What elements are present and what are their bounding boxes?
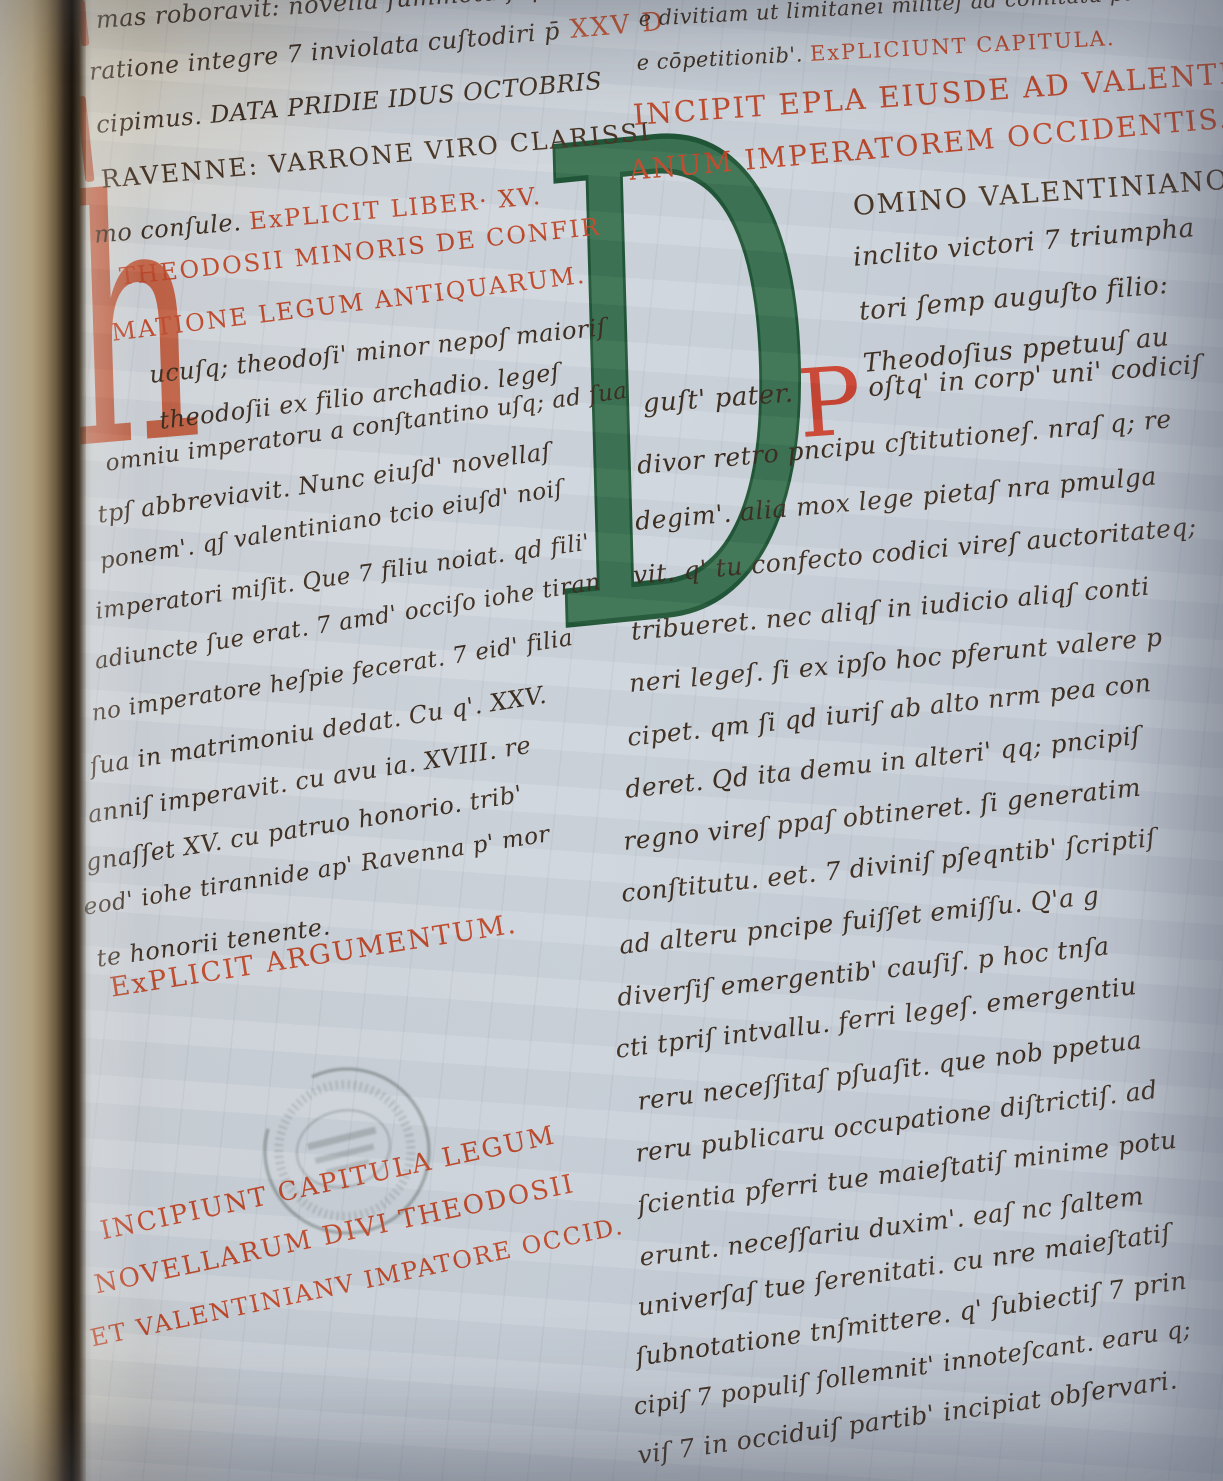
- text-run-ink: tori ſemp auguſto filio:: [858, 270, 1170, 327]
- manuscript-page: h D mas roboravit: novella ſummota ſup X…: [0, 0, 1223, 1481]
- text-run-rubL: ExPLICIUNT CAPITULA.: [809, 26, 1116, 66]
- manuscript-line: e cōpetitionib'. ExPLICIUNT CAPITULA.: [636, 27, 1116, 75]
- text-run-ink: guſt' pater.: [642, 378, 794, 418]
- text-run-caps: OMINO VALENTINIANO: [852, 165, 1223, 222]
- manuscript-line: e divitiam ut limitanei militeſ ad comit…: [638, 0, 1223, 31]
- text-run-ink: e divitiam ut limitanei militeſ ad comit…: [638, 0, 1223, 31]
- text-run-ink: inclito victori 7 triumpha: [852, 213, 1196, 273]
- manuscript-line: OMINO VALENTINIANO: [852, 166, 1223, 222]
- manuscript-line: inclito victori 7 triumpha: [852, 214, 1196, 272]
- text-run-ink: e cōpetitionib'.: [636, 42, 811, 75]
- manuscript-line: tori ſemp auguſto filio:: [858, 271, 1170, 327]
- right-text-column: e divitiam ut limitanei militeſ ad comit…: [0, 0, 1223, 1481]
